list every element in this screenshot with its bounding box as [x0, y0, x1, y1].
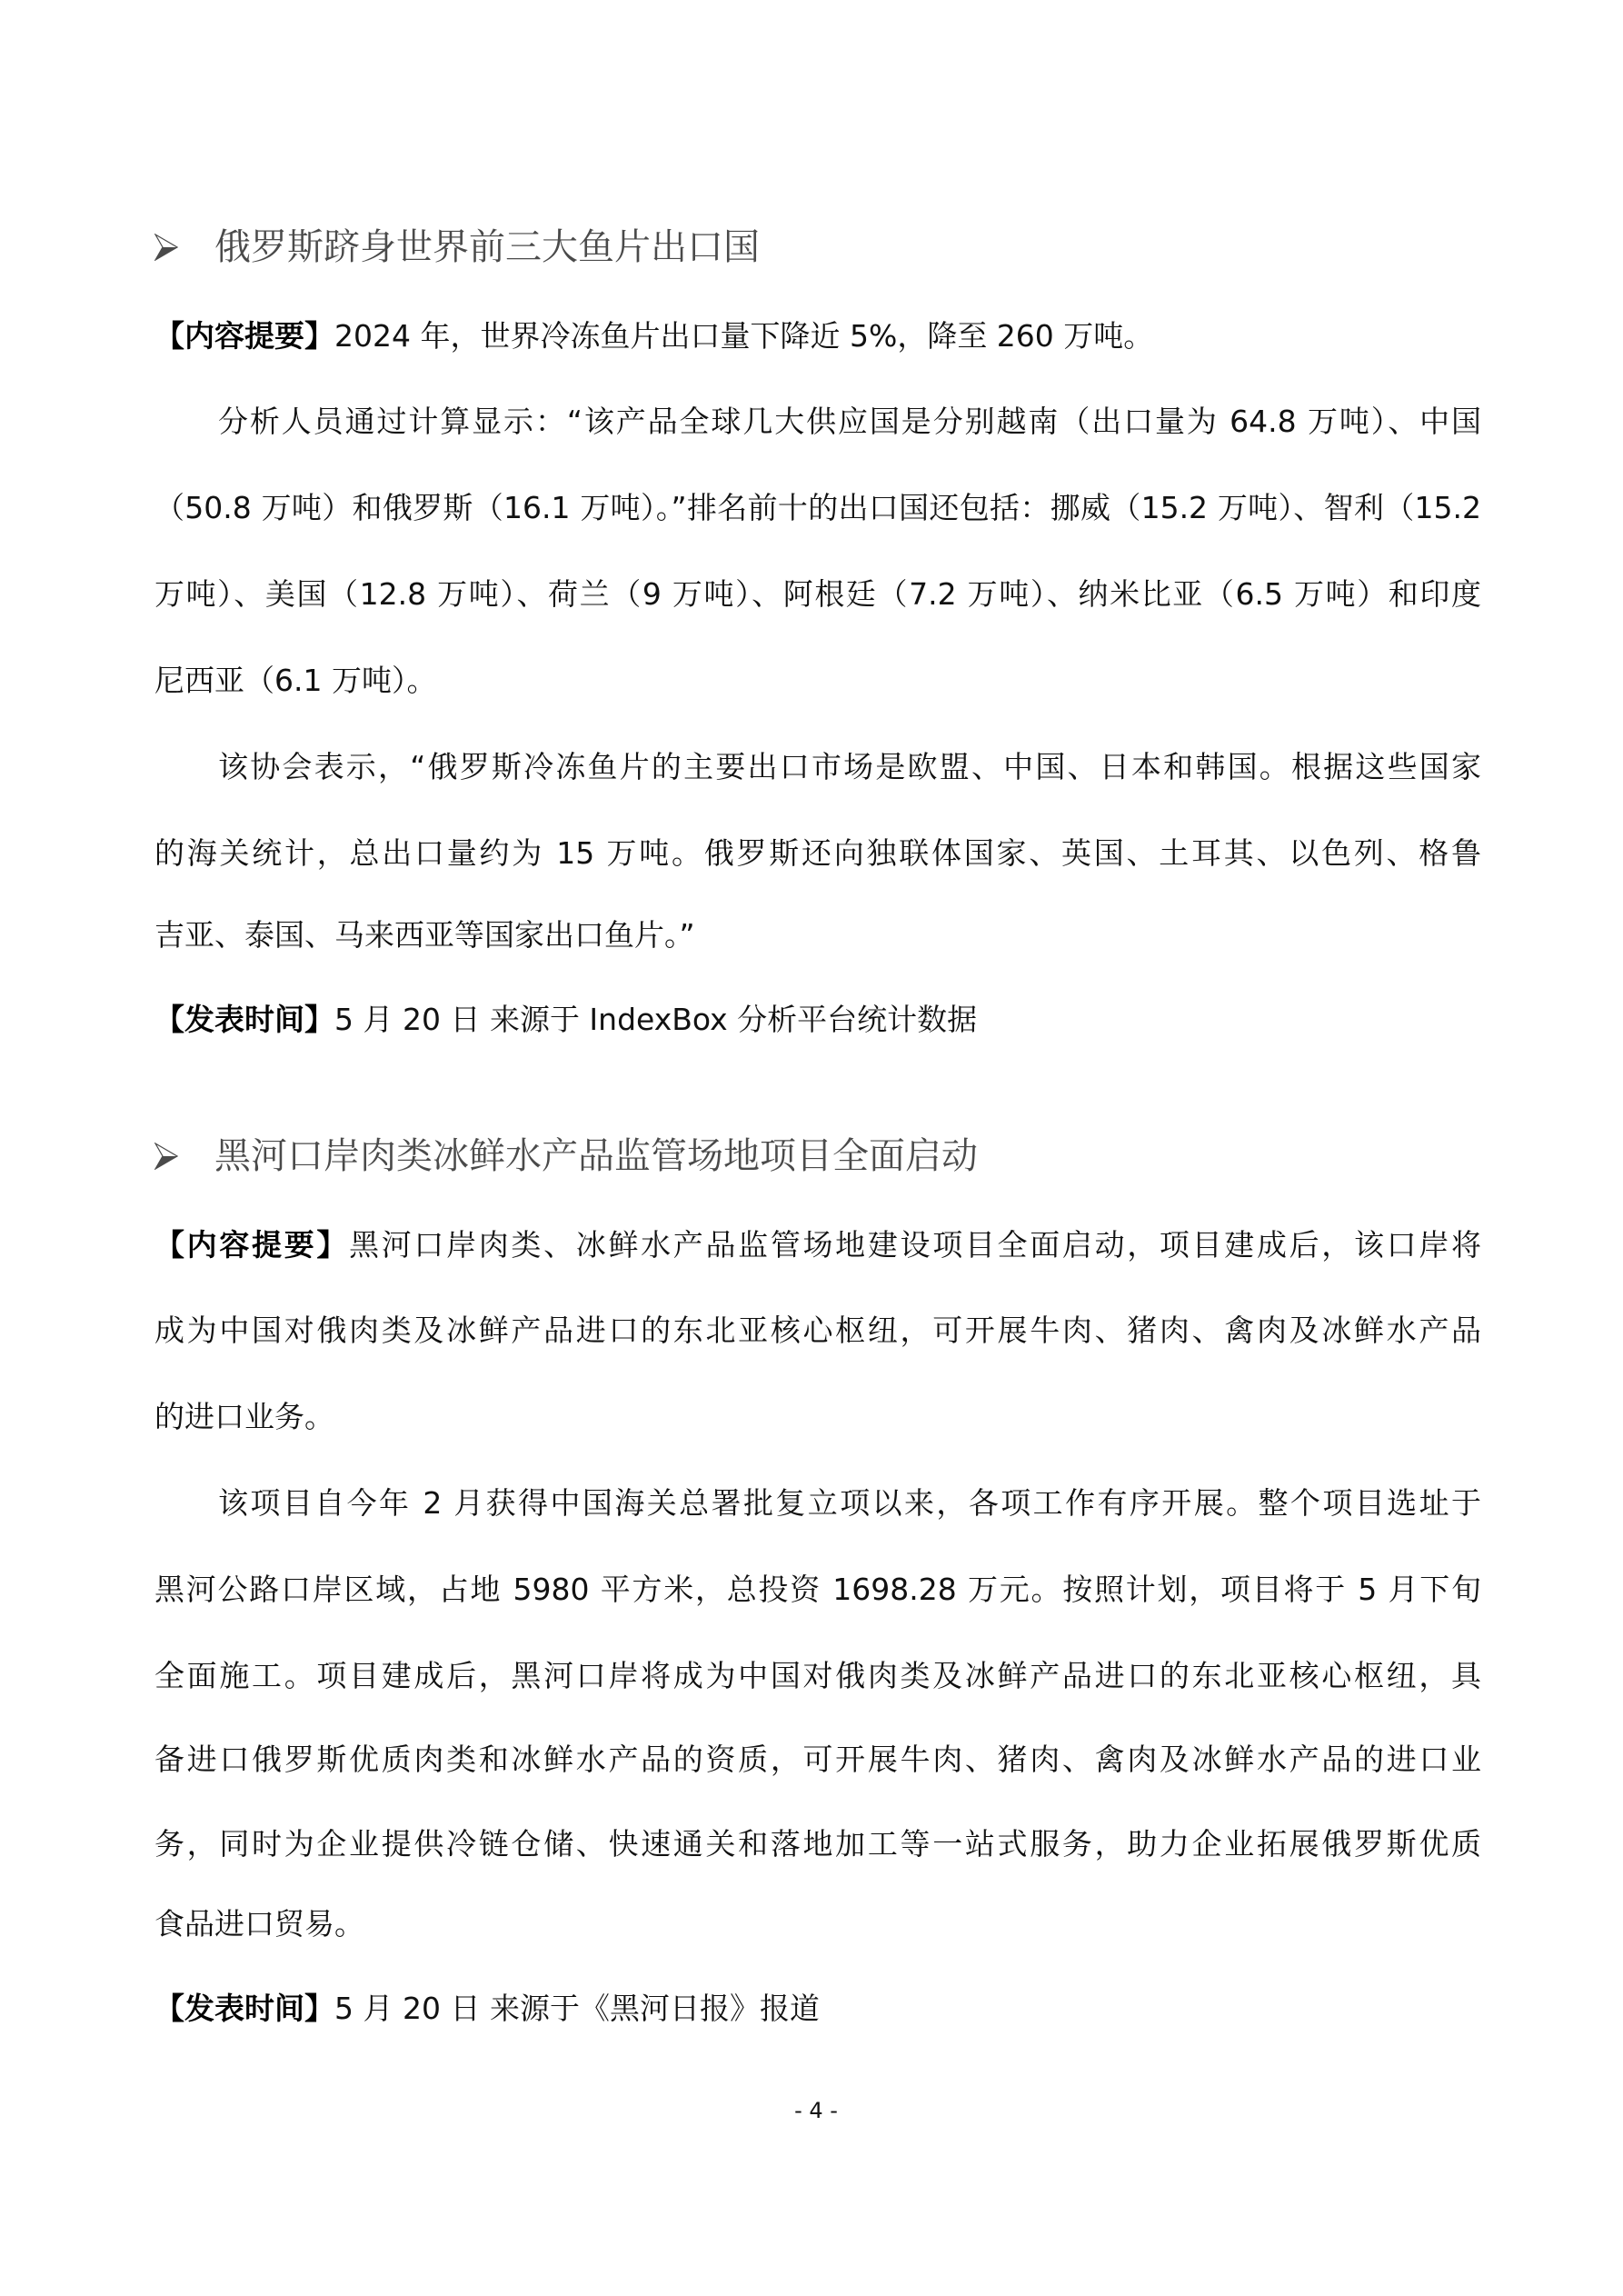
heading-text: 俄罗斯跻身世界前三大鱼片出口国: [214, 224, 760, 271]
publish-line: 【发表时间】5 月 20 日 来源于《黑河日报》报道: [154, 1987, 1481, 2031]
section-heading: 俄罗斯跻身世界前三大鱼片出口国: [154, 224, 760, 271]
publish-label: 【发表时间】: [154, 1002, 334, 1037]
summary-line: 成为中国对俄肉类及冰鲜产品进口的东北亚核心枢纽，可开展牛肉、猪肉、禽肉及冰鲜水产…: [154, 1309, 1481, 1353]
section-heading: 黑河口岸肉类冰鲜水产品监管场地项目全面启动: [154, 1133, 978, 1180]
heading-text: 黑河口岸肉类冰鲜水产品监管场地项目全面启动: [214, 1133, 978, 1180]
summary-line: 【内容提要】黑河口岸肉类、冰鲜水产品监管场地建设项目全面启动，项目建成后，该口岸…: [154, 1223, 1481, 1267]
publish-label: 【发表时间】: [154, 1991, 334, 2026]
paragraph-line: 食品进口贸易。: [154, 1902, 1481, 1946]
page-number: - 4 -: [0, 2098, 1623, 2123]
arrow-bullet-icon: [154, 1143, 178, 1170]
paragraph-line: 黑河公路口岸区域，占地 5980 平方米，总投资 1698.28 万元。按照计划…: [154, 1568, 1481, 1612]
summary-text: 2024 年，世界冷冻鱼片出口量下降近 5%，降至 260 万吨。: [334, 318, 1153, 354]
arrow-bullet-icon: [154, 234, 178, 261]
summary-text: 黑河口岸肉类、冰鲜水产品监管场地建设项目全面启动，项目建成后，该口岸将: [349, 1227, 1481, 1263]
paragraph-line: 万吨）、美国（12.8 万吨）、荷兰（9 万吨）、阿根廷（7.2 万吨）、纳米比…: [154, 573, 1481, 616]
paragraph-line: 分析人员通过计算显示：“该产品全球几大供应国是分别越南（出口量为 64.8 万吨…: [154, 400, 1481, 444]
summary-line: 的进口业务。: [154, 1395, 1481, 1439]
summary-label: 【内容提要】: [154, 318, 334, 354]
paragraph-line: 尼西亚（6.1 万吨）。: [154, 659, 1481, 703]
paragraph-line: 该项目自今年 2 月获得中国海关总署批复立项以来，各项工作有序开展。整个项目选址…: [154, 1482, 1481, 1525]
paragraph-line: 全面施工。项目建成后，黑河口岸将成为中国对俄肉类及冰鲜产品进口的东北亚核心枢纽，…: [154, 1654, 1481, 1698]
paragraph-line: （50.8 万吨）和俄罗斯（16.1 万吨）。”排名前十的出口国还包括：挪威（1…: [154, 486, 1481, 530]
paragraph-line: 务，同时为企业提供冷链仓储、快速通关和落地加工等一站式服务，助力企业拓展俄罗斯优…: [154, 1822, 1481, 1866]
summary-label: 【内容提要】: [154, 1227, 349, 1263]
publish-text: 5 月 20 日 来源于《黑河日报》报道: [334, 1991, 820, 2026]
summary-line: 【内容提要】2024 年，世界冷冻鱼片出口量下降近 5%，降至 260 万吨。: [154, 314, 1481, 358]
publish-text: 5 月 20 日 来源于 IndexBox 分析平台统计数据: [334, 1002, 977, 1037]
paragraph-line: 备进口俄罗斯优质肉类和冰鲜水产品的资质，可开展牛肉、猪肉、禽肉及冰鲜水产品的进口…: [154, 1738, 1481, 1782]
document-page: 俄罗斯跻身世界前三大鱼片出口国 【内容提要】2024 年，世界冷冻鱼片出口量下降…: [0, 0, 1623, 2296]
paragraph-line: 该协会表示，“俄罗斯冷冻鱼片的主要出口市场是欧盟、中国、日本和韩国。根据这些国家: [154, 745, 1481, 789]
paragraph-line: 吉亚、泰国、马来西亚等国家出口鱼片。”: [154, 913, 1481, 957]
paragraph-line: 的海关统计，总出口量约为 15 万吨。俄罗斯还向独联体国家、英国、土耳其、以色列…: [154, 832, 1481, 875]
publish-line: 【发表时间】5 月 20 日 来源于 IndexBox 分析平台统计数据: [154, 998, 1481, 1042]
